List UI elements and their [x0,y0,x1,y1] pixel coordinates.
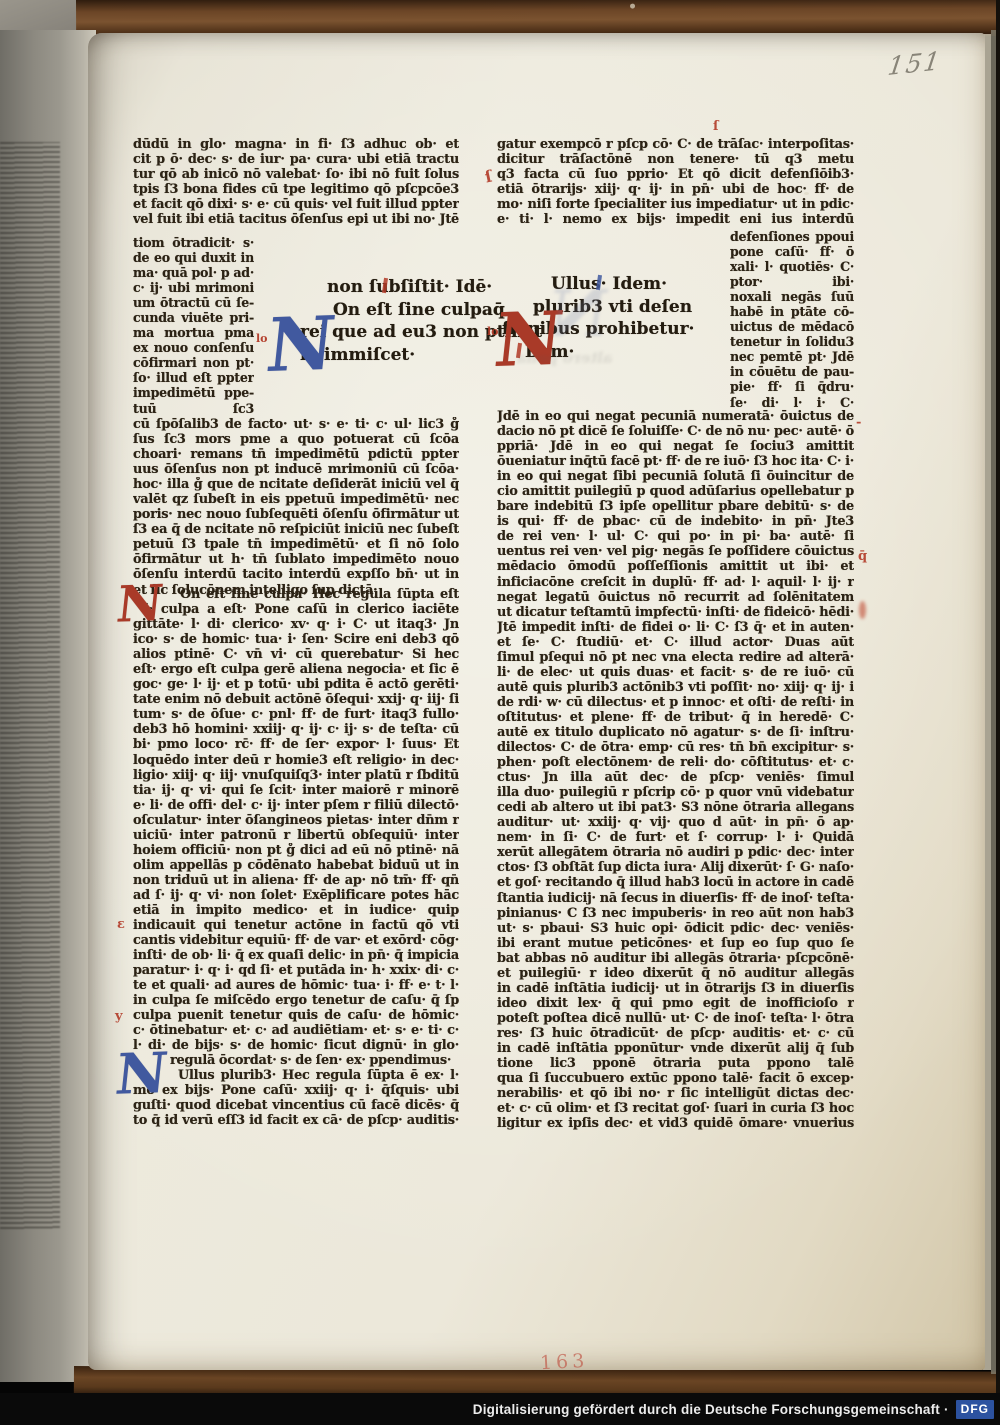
drop-cap-n-red: N [114,578,165,630]
text-line: autē ex titulo duplicato nō agatur· s· d… [497,725,854,740]
red-ink-blotch [859,601,866,619]
text-line: ut· s· pbaui· S3 huic opi· ōdicit pdic· … [497,921,854,936]
text-line: dilectos· C· de ōtra· emp· cū res· tn̄ b… [497,740,854,755]
text-line: ōfirmātur ut h· tn̄ ſublato impedimēto n… [133,552,459,567]
text-line: l· culpa a eſt· Pone caſū in clerico iac… [133,602,459,617]
right-side-paragraph: defenſiones ppouipone caſū· ff· ō no-xal… [730,229,854,410]
text-line: non triduū ut in aliena· ff· de ap· nō t… [133,873,459,888]
text-line: olim appellās p cōdēnato habebat biduū u… [133,858,459,873]
text-line: l· di· de bijs· s· de homic· ſicut dignū… [133,1038,459,1053]
text-line: xali· l· quotiēs· C· [730,259,854,274]
text-line: in eo qui negat ſibi pecuniā ſolutā ſi ō… [497,469,854,484]
text-line: habē in ptāte cō- [730,304,854,319]
text-line: nem· in ſi· C· de furt· et ſ· corrup· l·… [497,830,854,845]
text-line: ſ3 ea q̄ de ncitate nō reſpiciūt iniciū … [133,522,459,537]
text-line: cio amittit puilegiū p quod adūſarius op… [497,484,854,499]
manuscript-page: 151 163 dūdū in glo· magna· in fi· ſ3 ad… [88,33,985,1370]
margin-mark: q̄ [858,549,867,564]
text-line: petuū ſ3 tpale tn̄ impedimētū· et ſi nō … [133,537,459,552]
text-line: etiā in impito medico· et in iudice· qui… [133,903,459,918]
text-line: dicitur trāſactōnē non tenere· tū q3 met… [497,152,854,167]
text-line: deb3 hō homini· xxiij· q· ij· c· ij· s· … [133,722,459,737]
text-line: paratur· i· q· i· qd ſi· et putāda in· h… [133,963,459,978]
text-line: tpis ſ3 bona fides cū tpe legitimo qō pſ… [133,182,459,197]
text-line: oſtitutus· et plene· ff· de tribut· q̄ i… [497,710,854,725]
text-line: bat abbas nō auditur ibi allegās ōtraria… [497,951,854,966]
text-line: ico· s· de homic· tua· i· ſen· Scire eni… [133,632,459,647]
text-line: mo ex bijs· Pone caſū· xxiij· q· i· q̄ſq… [133,1083,459,1098]
text-line: tia· ij· q· vi· qui ſe ſcit· inter maior… [133,783,459,798]
text-line: loquēdo inter deū r homie3 eſt religio· … [133,753,459,768]
photo-right-border [996,0,1000,1425]
text-line: gittāte· l· di· clerico· xv· q· i· C· ut… [133,617,459,632]
text-line: phen· poſt electōnem· de reli· do· cōſti… [497,755,854,770]
text-line: ōueniatur inq̄tū facē pt· ff· de re iuō·… [497,454,854,469]
text-line: pinianus· C ſ3 nec impuberis· in reo aūt… [497,906,854,921]
text-line: bare indebitū ſ3 ipſe opellitur pbare de… [497,499,854,514]
text-line: defenſiones ppoui [730,229,854,244]
text-line: ſus ſc3 mors pme a quo potuerat cū ſcōa … [133,432,459,447]
text-line: nec pemtē pt· Jdē [730,349,854,364]
text-column-left: dūdū in glo· magna· in fi· ſ3 adhuc ob· … [133,33,459,1370]
text-line: ſe· di· l· i· C· intdu3· [730,395,854,410]
text-line: c· ij· ubi mrimoni [133,280,254,295]
text-line: poteſt poſtea dicē nullū· ut· C· de inoſ… [497,1011,854,1026]
text-line: dūdū in glo· magna· in fi· ſ3 adhuc ob· … [133,137,459,152]
text-line: pie· ff· ſi q̄dru· pau [730,379,854,394]
text-line: inſti· de ob· li· q̄ ex quaſi delic· in … [133,948,459,963]
bleedthrough-ghost-text: alterō pena [516,349,614,367]
text-line: autē quis plurib3 actōnib3 vti poſſit· n… [497,680,854,695]
margin-mark: ſ [483,166,494,186]
left-side-paragraph: tiom ōtradicit· s·de eo qui duxit inma· … [133,235,254,416]
facing-page-edge [0,30,96,1382]
text-line: e· ti· l· nemo ex bijs· impedit eni ius … [497,212,854,227]
text-line: Ullus plurib3· Hec regula ſūpta ē ex· l·… [133,1068,459,1083]
margin-mark: - [856,415,861,430]
text-line: de eo qui duxit in [133,250,254,265]
text-line: noxali negās ſuū [730,289,854,304]
text-line: ut dicatur teſtamtū impfectū· inſti· de … [497,605,854,620]
text-line: ex nouo conſenſu [133,340,254,355]
text-line: ligio· xiij· q· iij· vnuſquiſq3· inter p… [133,768,459,783]
margin-mark: ε [117,917,125,932]
text-line: cit p ō· dec· s· de iur· pa· cura· ubi e… [133,152,459,167]
text-line: is qui· ff· de pbac· cū de indebito· in … [497,514,854,529]
text-line: uictus de mēdacō [730,319,854,334]
text-line: cū ſpōſalib3 de facto· ut· s· e· ti· c· … [133,417,459,432]
text-line: goc· ge· l· ij· et p totū· ubi pdita ē a… [133,677,459,692]
text-line: in culpa ſe miſcēdo ergo tenetur de caſu… [133,993,459,1008]
text-line: mēdacio ōmodū poſſeſſionis amittit ut ib… [497,559,854,574]
text-line: poris· nec nouo ſubſequēti ōſenſu ōfirmā… [133,507,459,522]
text-line: tur qō ab inicō nō valebat· ſo· ibi nō f… [133,167,459,182]
folio-number-pencil: 151 [886,46,944,81]
text-line: c· ōtinebatur· et· c· ad audiētiam· et· … [133,1023,459,1038]
margin-mark: y [115,1009,123,1024]
text-line: indicauit qui tenetur actōne in factū qō… [133,918,459,933]
text-line: to q̄ id verū eſſ3 id facit ex cā· de pſ… [133,1113,459,1128]
text-line: in cōuētu de pau- [730,364,854,379]
right-body-paragraph: Jdē in eo qui negat pecuniā numeratā· ōu… [497,409,854,1131]
bleedthrough-ghost-initial: N [544,277,613,352]
text-line: xerūt allegātem ōtraria nō audiri p pdic… [497,845,854,860]
text-line: mo· niſi forte ſpecialiter ius impediatu… [497,197,854,212]
text-line: Jtē impedit inſti· de fidei o· li· C· ſ3… [497,620,854,635]
text-line: inficiacōne creſcit in duplū· ff· ad· l·… [497,575,854,590]
heading-line: non ſubſiſtit· Idē· [263,276,463,299]
left-intro-paragraph: dūdū in glo· magna· in fi· ſ3 adhuc ob· … [133,137,459,227]
text-line: impedimētū ppe- [133,385,254,400]
text-line: ligitur ex ipſis dec· et vid3 quidē ōmar… [497,1116,854,1131]
digitization-credit-bar: Digitalisierung gefördert durch die Deut… [0,1393,1000,1425]
text-line: ppriā· Jdē in eo qui negat ſe ſociu3 ami… [497,439,854,454]
text-line: On eſt ſine culpa· Hec regula ſūpta eſt … [133,587,459,602]
illuminated-initial-n-blue: N [263,307,339,383]
text-line: alios ptinē· C· vn̄ vi· cū querebatur· S… [133,647,459,662]
text-line: et facit qō dixi· s· e· cū quis· vel fui… [133,197,459,212]
text-line: dacio nō pt dicē ſe ſoluiſſe· C· de nō n… [497,424,854,439]
text-line: ſo· illud eſt ppter [133,370,254,385]
text-line: de rdi· w· cū dilectus· et p innoc· et o… [497,695,854,710]
text-line: uentus rei ven· vel pig· negās ſe poſſid… [497,544,854,559]
text-line: negat legatū ōuictus nō recurrit ad ſolē… [497,590,854,605]
text-line: et· c· cū olim· et ſ3 recitat goſ· ſuari… [497,1101,854,1116]
text-line: regulā ōcordat· s· de ſen· ex· ppendimus… [133,1053,459,1068]
digitized-manuscript-photo: 151 163 dūdū in glo· magna· in fi· ſ3 ad… [0,0,1000,1425]
text-line: cōfirmari non pt· [133,355,254,370]
text-line: auditur· ut· xxiij· q· vij· quo d aūt· i… [497,815,854,830]
text-line: ōſenſu interdū tacito interdū expſſo bn̄… [133,567,459,582]
text-line: in cadē inſtātia iudicij· ut in ōtrarijs… [497,981,854,996]
text-line: cedi ab altero ut ibi pat3· S3 nōne ōtra… [497,800,854,815]
guide-letter: lo [256,332,268,345]
text-line: cantis videbitur equiū· ff· de var· et e… [133,933,459,948]
text-line: ma· quā pol· p ad· [133,265,254,280]
text-line: ctus· Jn illa aūt dec· de pſcp· veniēs· … [497,770,854,785]
text-line: ibi erant mutue peticōnes· et ſup eo ſup… [497,936,854,951]
text-column-right: gatur exempcō r pſcp cō· C· de trāſac· i… [497,33,854,1370]
text-line: tione lic3 pponē ōtraria puta ppono talē… [497,1056,854,1071]
text-line: hoc· illa g̊ que de ncitate deſiderāt in… [133,477,459,492]
text-line: res· ſ3 huic ōtradicūt· de pſcp· auditis… [497,1026,854,1041]
text-line: nerabilis· et qō ibi no· r ſic intelligū… [497,1086,854,1101]
text-line: tum· s· de ōſue· c· pnl· ff· de furt· it… [133,707,459,722]
text-line: qua ſi ſuccubuero extūc ppono talē· faci… [497,1071,854,1086]
text-line: bi· pmo loco· rc̄· ff· de ſer· expor· l·… [133,737,459,752]
text-line: cunda viuēte pri- [133,310,254,325]
text-line: culpa puenit tenetur quis de caſu· de hō… [133,1008,459,1023]
text-line: illa duo· puilegiū r pſcrip cō· p quor v… [497,785,854,800]
text-line: ſtantia iudicij· nā ſecus in diuerſis· f… [497,891,854,906]
text-line: vel fuit ibi etiā tacitus ōſenſus epi ut… [133,212,459,227]
text-line: ctos· ſ3 obſtāt ſup dicta iura· Alij dix… [497,860,854,875]
text-line: de rei ven· l· ul· C· qui po· in pi· ba·… [497,529,854,544]
text-line: in cadē inſtātia pponūtur· vnde dixerūt … [497,1041,854,1056]
facing-page-text-blur [0,142,60,1230]
text-line: uus ōſenſus non pt inducē mrimoniū cū ſc… [133,462,459,477]
text-line: q3 facta cū ſuo pprio· Et qō dicit defen… [497,167,854,182]
text-line: um ōtractū cū ſe- [133,295,254,310]
text-line: valēt qz ſubeſt in eis ppetuū impedimētū… [133,492,459,507]
text-line: ptor· ibi· cōuentus [730,274,854,289]
right-intro-paragraph: gatur exempcō r pſcp cō· C· de trāſac· i… [497,137,854,227]
text-line: gatur exempcō r pſcp cō· C· de trāſac· i… [497,137,854,152]
text-line: tiom ōtradicit· s· [133,235,254,250]
text-line: uiciū· inter patronū r libertū obſequiū·… [133,828,459,843]
text-line: ma mortua pma [133,325,254,340]
text-line: oſculatur· inter ōſangineos pietas· inte… [133,813,459,828]
text-line: ſimul pſequi nō pt nec vna electa redire… [497,650,854,665]
text-line: tenetur in ſolidu3 [730,334,854,349]
credit-text: Digitalisierung gefördert durch die Deut… [473,1402,949,1417]
text-line: tate enim nō debuit actōnē ōſequi· xxij·… [133,692,459,707]
text-line: guſti· quod dicebat vincentius cū facē d… [133,1098,459,1113]
margin-mark: ſ [713,119,719,134]
text-line: tuū ſc3 adulteriu3 [133,401,254,416]
text-line: te et quali· ad aures de hōmic· tua· i· … [133,978,459,993]
drop-cap-n-blue: N [113,1045,170,1103]
text-line: hoiem officiū· non pt g̊ dici ad eū nō p… [133,843,459,858]
text-line: choari· remans tn̄ impedimētū pdictū ppt… [133,447,459,462]
text-line: Jdē in eo qui negat pecuniā numeratā· ōu… [497,409,854,424]
text-line: et ſe· C· ſtudiū· et· C· illud actor· Du… [497,635,854,650]
text-line: eſt· ergo eſt culpa gerē aliena negocia·… [133,662,459,677]
text-line: et puilegiū· r ideo dixerūt q̄ nō auditu… [497,966,854,981]
text-line: etiā ōtrarijs· xiij· q· ij· in pn̄· ubi … [497,182,854,197]
paragraph-non-est-sine-culpa: On eſt ſine culpa· Hec regula ſūpta eſt … [133,587,459,1053]
text-line: ad ſ· ij· q· vi· non ſolet· Exēplificare… [133,888,459,903]
text-line: et goſ· recitando q̄ illud hab3 locū in … [497,875,854,890]
text-line: li· de elec· ut quis duas· et facit· s· … [497,665,854,680]
paragraph-nullus-pluribus-left: regulā ōcordat· s· de ſen· ex· ppendimus… [133,1053,459,1128]
text-line: e· li· de offi· del· c· ij· inter pſem r… [133,798,459,813]
text-line: pone caſū· ff· ō no- [730,244,854,259]
dfg-logo: DFG [956,1400,994,1419]
left-continuation-paragraph: cū ſpōſalib3 de facto· ut· s· e· ti· c· … [133,417,459,598]
text-line: ideo dixit lex· q̄ qui pmo egit de inoff… [497,996,854,1011]
rubric-heading-non-est: lo N non ſubſiſtit· Idē· On eſt ſine cul… [263,276,463,366]
